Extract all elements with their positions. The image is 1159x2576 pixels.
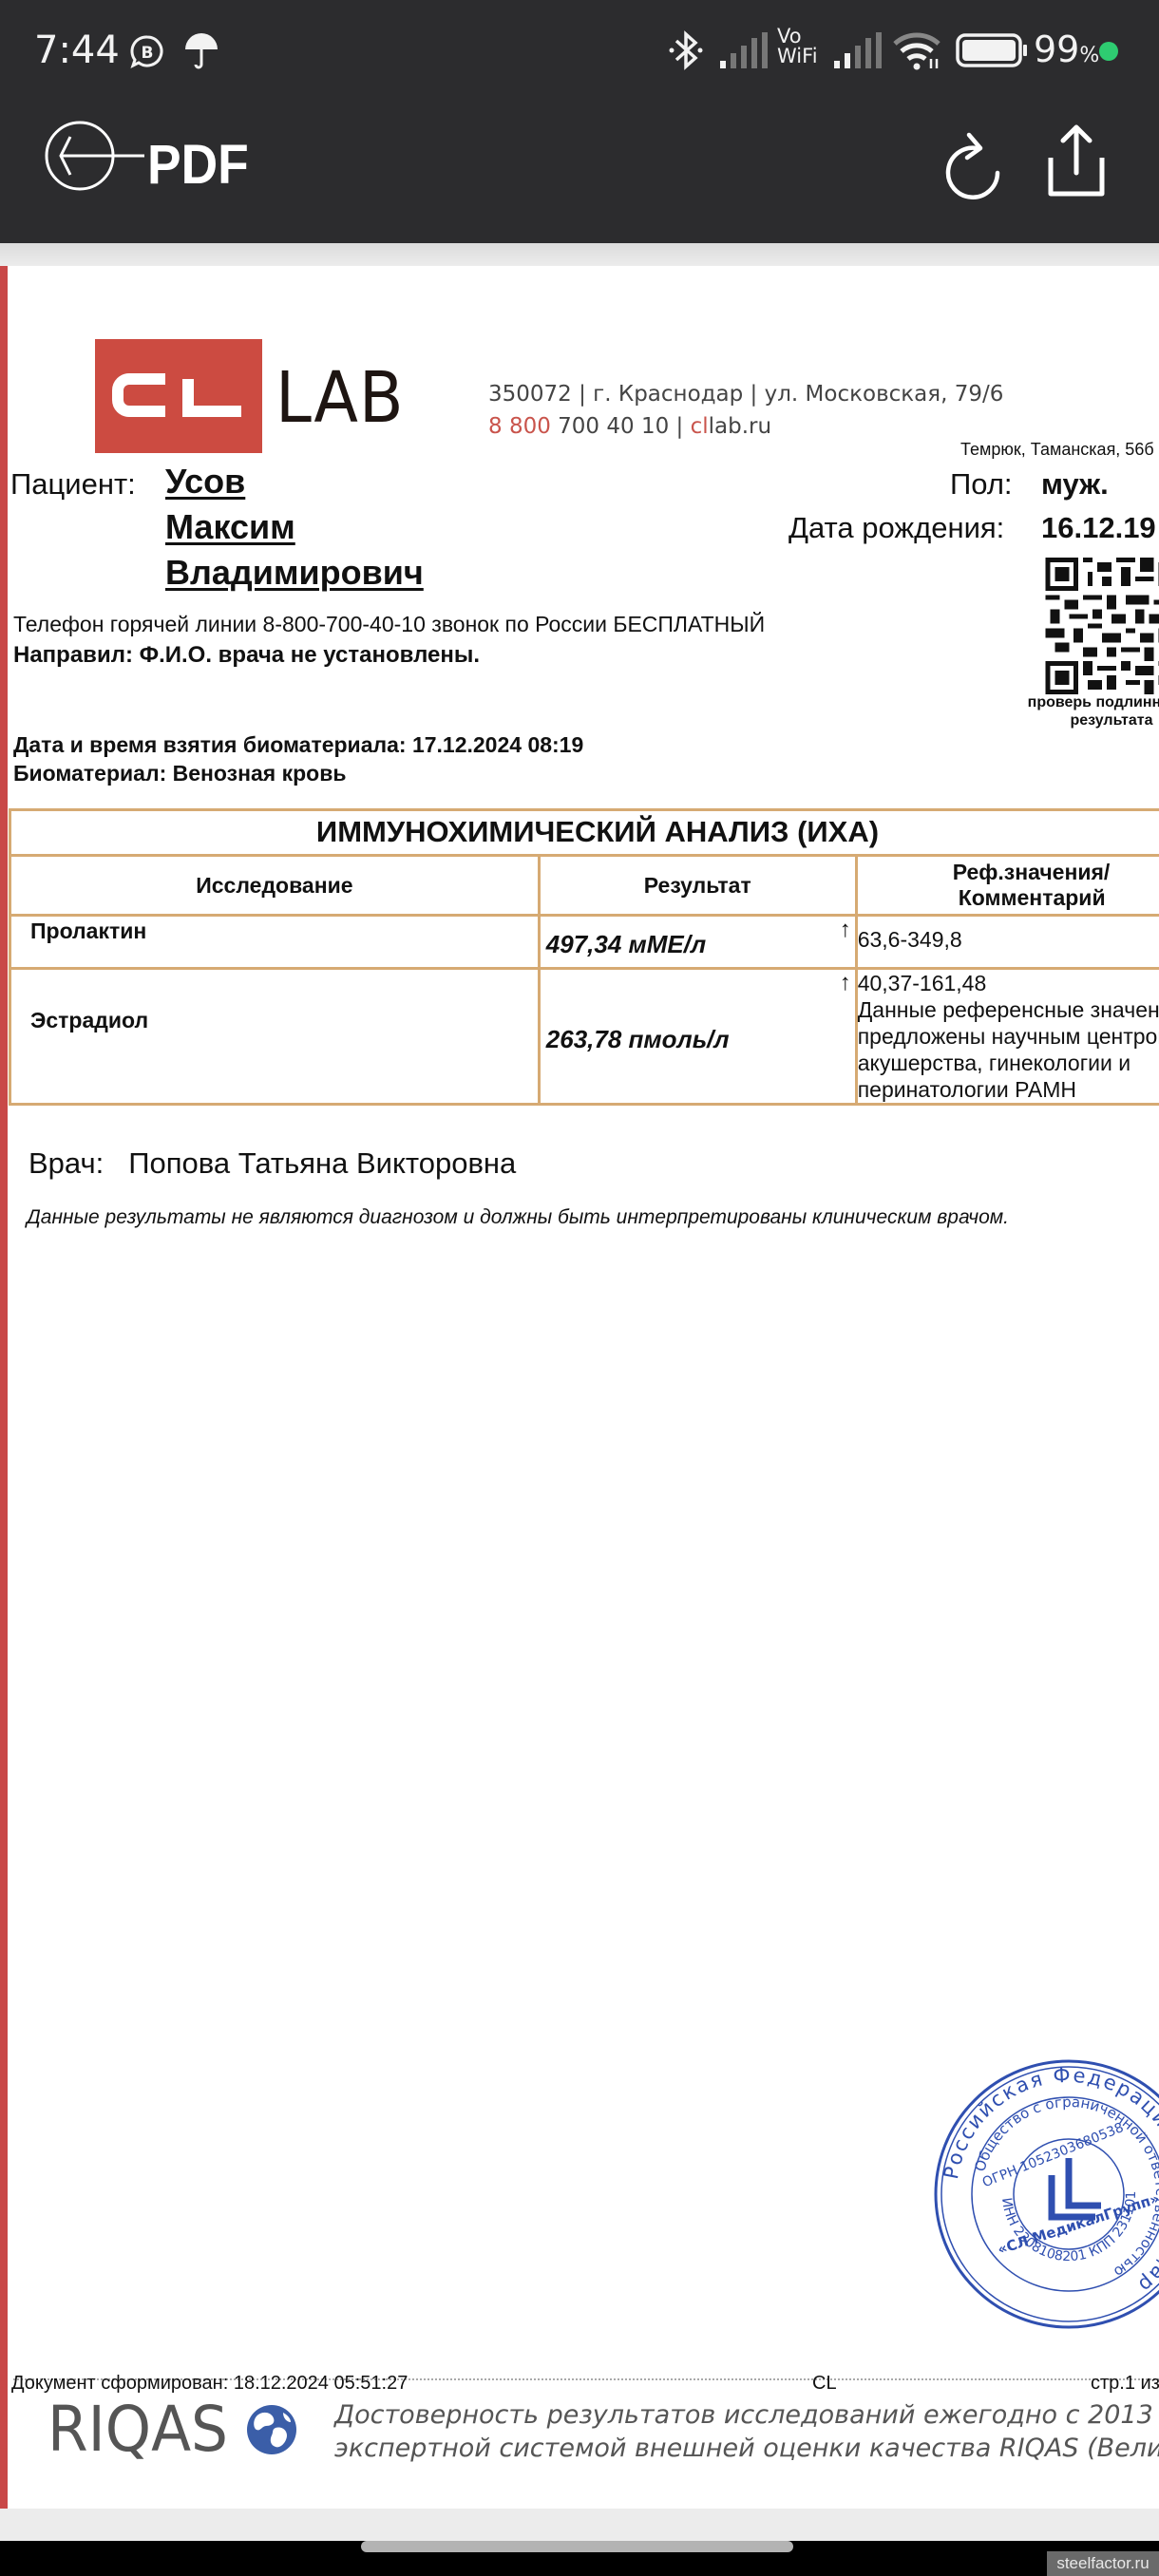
dob-label: Дата рождения: [788,511,1004,545]
umbrella-icon [182,32,220,70]
branch-address: Темрюк, Таманская, 56б [960,440,1154,460]
page-edge-accent [0,266,8,2509]
lab-contacts: 8 800 700 40 10 | cllab.ru [488,414,771,439]
header-test: Исследование [10,856,540,916]
globe-icon [245,2403,298,2456]
test-name: Пролактин [10,916,540,969]
cl-logo-mark-icon [95,339,262,453]
company-stamp-icon: Российская Федерация * Краснодар Обществ… [926,2052,1159,2337]
riqas-logo: RIQAS [47,2398,228,2461]
quality-note: Достоверность результатов исследований е… [334,2400,1159,2430]
test-name: Эстрадиол [10,969,540,1105]
table-row: Эстрадиол 263,78 пмоль/л ↑ 40,37-161,48 … [10,969,1159,1105]
quality-note: экспертной системой внешней оценки качес… [334,2434,1159,2463]
patient-middle-name: Владимирович [165,553,424,593]
reference-comment: перинатологии РАМН [858,1076,1159,1103]
viewer-top-gutter [0,243,1159,266]
battery-percent: 99% [1034,28,1099,70]
table-title: ИММУНОХИМИЧЕСКИЙ АНАЛИЗ (ИХА) [10,810,1159,856]
signal-icon [832,32,882,70]
watermark: steelfactor.ru [1047,2551,1159,2576]
reference-comment: предложены научным центром [858,1023,1159,1050]
reference-range: 40,37-161,48 Данные референсные значения… [856,969,1159,1105]
back-arrow-circle-icon[interactable] [44,120,148,192]
sample-datetime: Дата и время взятия биоматериала: 17.12.… [13,732,583,758]
header-reference: Реф.значения/ Комментарий [856,856,1159,916]
results-table: ИММУНОХИМИЧЕСКИЙ АНАЛИЗ (ИХА) Исследован… [9,808,1159,1106]
generated-timestamp: Документ сформирован: 18.12.2024 05:51:2… [11,2373,408,2395]
charging-indicator [1099,42,1118,61]
cllab-logo [95,339,262,453]
disclaimer-text: Данные результаты не являются диагнозом … [27,1206,1009,1229]
qr-caption: проверь подлинность результата [1026,693,1159,729]
signal-icon [718,32,768,70]
qr-code-icon[interactable] [1045,558,1159,694]
high-flag-icon: ↑ [840,970,851,996]
biomaterial-text: Биоматериал: Венозная кровь [13,761,346,786]
doctor-line: Врач:Попова Татьяна Викторовна [28,1146,516,1181]
lab-address: 350072 | г. Краснодар | ул. Московская, … [488,382,1003,407]
business-chat-icon: B [129,34,165,70]
battery-icon [956,33,1030,67]
bluetooth-icon [667,28,705,72]
test-result: 497,34 мМЕ/л ↑ [539,916,856,969]
doctor-name: Попова Татьяна Викторовна [128,1146,516,1180]
reference-comment: акушерства, гинекологии и [858,1050,1159,1076]
hotline-text: Телефон горячей линии 8-800-700-40-10 зв… [13,612,765,637]
pdf-page[interactable]: LAB 350072 | г. Краснодар | ул. Московск… [0,266,1159,2509]
table-row: Пролактин 497,34 мМЕ/л ↑ 63,6-349,8 [10,916,1159,969]
reference-comment: Данные референсные значения [858,996,1159,1023]
share-icon[interactable] [1045,123,1108,199]
patient-last-name: Усов [165,462,245,502]
header-result: Результат [539,856,856,916]
status-time: 7:44 [34,28,120,72]
reference-range: 63,6-349,8 [856,916,1159,969]
referrer-text: Направил: Ф.И.О. врача не установлены. [13,642,480,669]
logo-wordmark: LAB [275,363,405,433]
top-bar: 7:44 B Vo WiFi 99% [0,0,1159,243]
page-number: стр.1 из 1 [1091,2373,1159,2395]
high-flag-icon: ↑ [840,917,851,943]
sex-label: Пол: [950,467,1013,502]
dob-value: 16.12.19 [1041,511,1156,545]
test-result: 263,78 пмоль/л ↑ [539,969,856,1105]
footer-center-label: CL [812,2373,837,2395]
rotate-icon[interactable] [944,129,1003,201]
patient-label: Пациент: [10,467,136,502]
wifi-icon [893,30,942,70]
sex-value: муж. [1041,467,1109,502]
patient-first-name: Максим [165,507,295,547]
viewer-bottom-gutter [0,2509,1159,2541]
vowifi-icon: Vo WiFi [777,27,818,66]
home-gesture-handle[interactable] [361,2541,793,2552]
svg-text:B: B [142,44,154,63]
app-title: PDF [147,133,249,197]
table-header-row: Исследование Результат Реф.значения/ Ком… [10,856,1159,916]
